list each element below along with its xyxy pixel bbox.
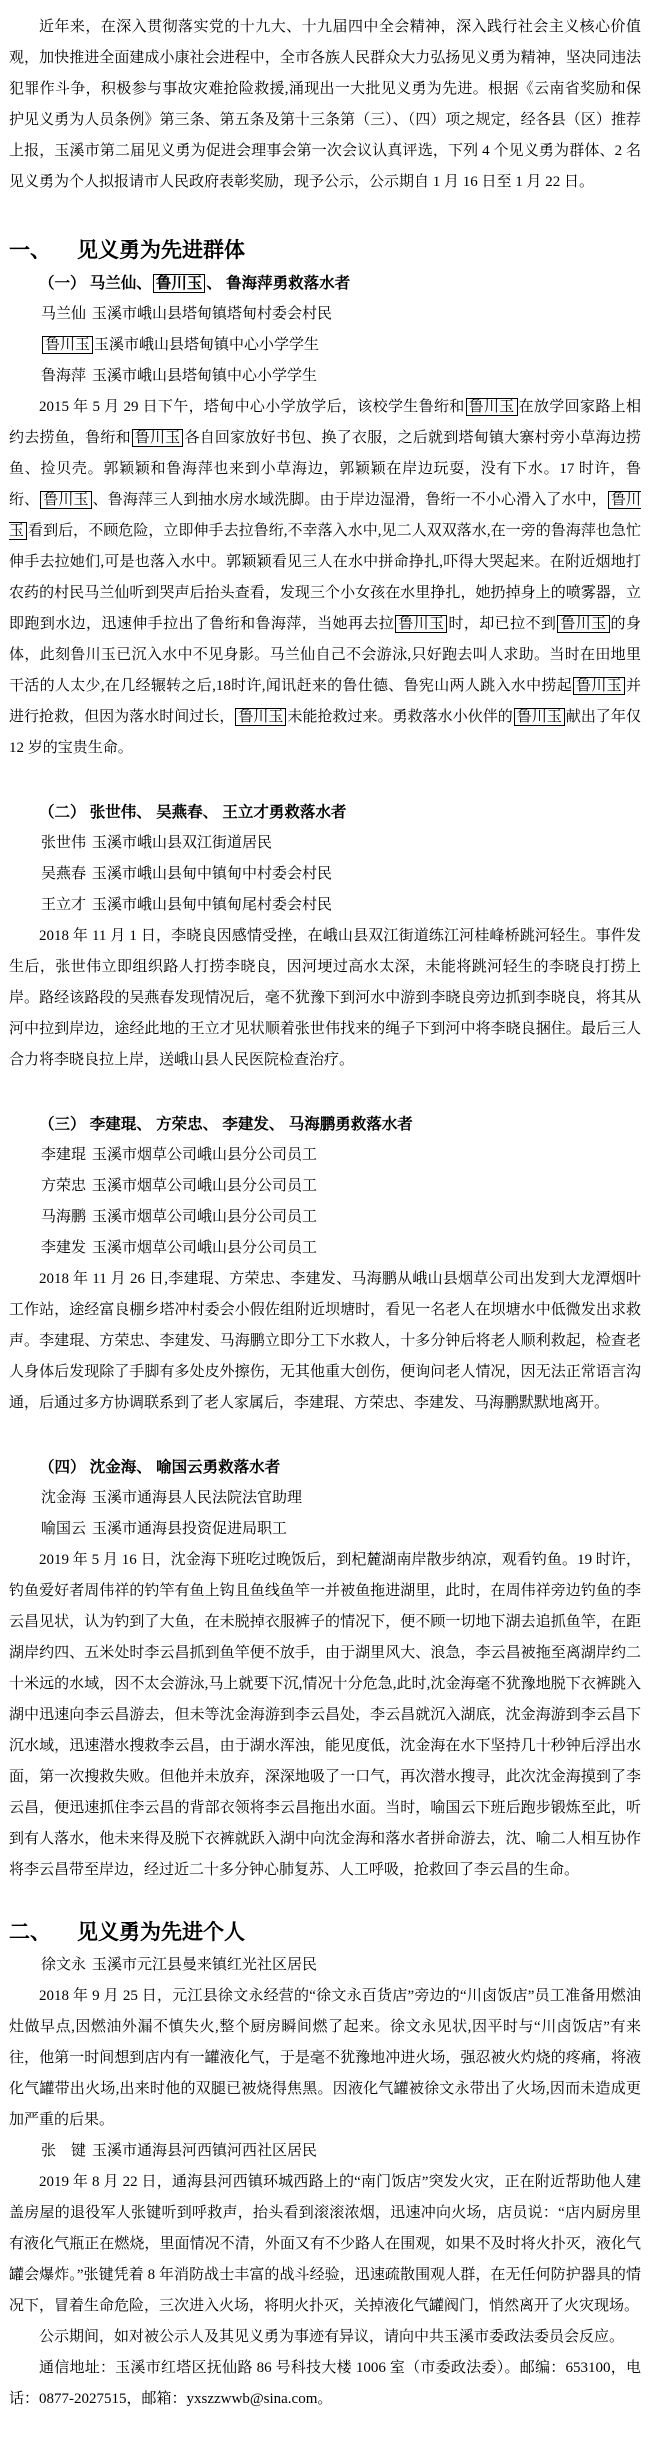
member-affiliation: 玉溪市峨山县甸中镇甸中村委会村民 <box>92 866 332 882</box>
text-segment: 徐文永 <box>41 1957 86 1973</box>
member-name: 徐文永 <box>41 1950 92 1981</box>
text-segment: 鲁海萍 <box>41 368 86 384</box>
member-row: 喻国云玉溪市通海县投资促进局职工 <box>9 1514 641 1545</box>
member-name: 鲁川玉 <box>41 330 94 361</box>
case-block-4: （四） 沈金海、 喻国云勇救落水者 沈金海玉溪市通海县人民法院法官助理 喻国云玉… <box>9 1452 641 1886</box>
member-row: 沈金海玉溪市通海县人民法院法官助理 <box>9 1483 641 1514</box>
text-segment: 2019 年 5 月 16 日，沈金海下班吃过晚饭后，到杞麓湖南岸散步纳凉，观看… <box>9 1552 641 1878</box>
text-segment: 马海鹏 <box>41 1209 86 1225</box>
section-number: 一、 <box>9 239 51 262</box>
boxed-name: 鲁川玉 <box>557 615 609 633</box>
member-name: 马兰仙 <box>41 299 92 330</box>
text-segment: 马兰仙 <box>41 306 86 322</box>
member-name: 鲁海萍 <box>41 361 92 392</box>
member-row: 方荣忠玉溪市烟草公司峨山县分公司员工 <box>9 1171 641 1202</box>
text-segment: （二） 张世伟、 吴燕春、 王立才勇救落水者 <box>39 804 346 821</box>
text-segment: （三） 李建琨、 方荣忠、 李建发、 马海鹏勇救落水者 <box>39 1116 413 1133</box>
case-title: （四） 沈金海、 喻国云勇救落水者 <box>9 1452 641 1483</box>
text-segment: 李建发 <box>41 1240 86 1256</box>
case-narrative: 2015 年 5 月 29 日下午，塔甸中心小学放学后，该校学生鲁绗和鲁川玉在放… <box>9 392 641 764</box>
case-narrative: 2019 年 5 月 16 日，沈金海下班吃过晚饭后，到杞麓湖南岸散步纳凉，观看… <box>9 1545 641 1886</box>
member-affiliation: 玉溪市峨山县塔甸镇塔甸村委会村民 <box>92 306 332 322</box>
boxed-name: 鲁川玉 <box>153 274 206 293</box>
case-title: （二） 张世伟、 吴燕春、 王立才勇救落水者 <box>9 797 641 828</box>
intro-paragraph: 近年来，在深入贯彻落实党的十九大、十九届四中全会精神，深入践行社会主义核心价值观… <box>9 12 641 198</box>
text-segment: 吴燕春 <box>41 866 86 882</box>
text-segment: 、 鲁海萍勇救落水者 <box>206 275 350 292</box>
text-segment: 2018 年 11 月 1 日，李晓良因感情受挫，在峨山县双江街道练江河桂峰桥跳… <box>9 928 641 1068</box>
text-segment: 张世伟 <box>41 835 86 851</box>
member-affiliation: 玉溪市元江县曼来镇红光社区居民 <box>92 1957 317 1973</box>
member-name: 马海鹏 <box>41 1202 92 1233</box>
member-affiliation: 玉溪市峨山县双江街道居民 <box>92 835 272 851</box>
member-affiliation: 玉溪市烟草公司峨山县分公司员工 <box>92 1209 317 1225</box>
text-segment: 李建琨 <box>41 1147 86 1163</box>
boxed-name: 鲁川玉 <box>395 615 447 633</box>
case-title: （一） 马兰仙、鲁川玉、 鲁海萍勇救落水者 <box>9 268 641 299</box>
notice-paragraph: 公示期间，如对被公示人及其见义勇为事迹有异议，请向中共玉溪市委政法委员会反应。 <box>9 2322 641 2353</box>
member-affiliation: 玉溪市烟草公司峨山县分公司员工 <box>92 1147 317 1163</box>
member-affiliation: 玉溪市通海县人民法院法官助理 <box>92 1490 302 1506</box>
section-title: 见义勇为先进个人 <box>77 1921 245 1944</box>
section-heading-groups: 一、见义勇为先进群体 <box>9 234 641 268</box>
text-segment: 2018 年 9 月 25 日，元江县徐文永经营的“徐文永百货店”旁边的“川卤饭… <box>9 1988 641 2128</box>
member-row: 李建发玉溪市烟草公司峨山县分公司员工 <box>9 1233 641 1264</box>
member-row: 王立才玉溪市峨山县甸中镇甸尾村委会村民 <box>9 890 641 921</box>
boxed-name: 鲁川玉 <box>573 677 625 695</box>
member-name: 沈金海 <box>41 1483 92 1514</box>
member-row: 吴燕春玉溪市峨山县甸中镇甸中村委会村民 <box>9 859 641 890</box>
text-segment: 张 键 <box>41 2143 86 2159</box>
member-name: 张 键 <box>41 2136 92 2167</box>
text-segment: 方荣忠 <box>41 1178 86 1194</box>
case-block-2: （二） 张世伟、 吴燕春、 王立才勇救落水者 张世伟玉溪市峨山县双江街道居民 吴… <box>9 797 641 1076</box>
case-narrative: 2018 年 11 月 26 日,李建琨、方荣忠、李建发、马海鹏从峨山县烟草公司… <box>9 1264 641 1419</box>
member-affiliation: 玉溪市峨山县塔甸镇中心小学学生 <box>92 368 317 384</box>
member-row: 李建琨玉溪市烟草公司峨山县分公司员工 <box>9 1140 641 1171</box>
section-title: 见义勇为先进群体 <box>77 239 245 262</box>
case-narrative: 2018 年 11 月 1 日，李晓良因感情受挫，在峨山县双江街道练江河桂峰桥跳… <box>9 921 641 1076</box>
text-segment: 王立才 <box>41 897 86 913</box>
member-row: 马兰仙玉溪市峨山县塔甸镇塔甸村委会村民 <box>9 299 641 330</box>
boxed-name: 鲁川玉 <box>514 708 565 726</box>
text-segment: 2019 年 8 月 22 日，通海县河西镇环城西路上的“南门饭店”突发火灾，正… <box>9 2174 641 2314</box>
member-row: 马海鹏玉溪市烟草公司峨山县分公司员工 <box>9 1202 641 1233</box>
text-segment: 未能抢救过来。勇救落水小伙伴的 <box>287 709 512 725</box>
boxed-name: 鲁川玉 <box>42 336 93 354</box>
case-block-1: （一） 马兰仙、鲁川玉、 鲁海萍勇救落水者 马兰仙玉溪市峨山县塔甸镇塔甸村委会村… <box>9 268 641 764</box>
member-row: 鲁川玉玉溪市峨山县塔甸镇中心小学学生 <box>9 330 641 361</box>
text-segment: （一） 马兰仙、 <box>39 275 152 292</box>
text-segment: 沈金海 <box>41 1490 86 1506</box>
member-affiliation: 玉溪市烟草公司峨山县分公司员工 <box>92 1178 317 1194</box>
boxed-name: 鲁川玉 <box>132 429 184 447</box>
section-heading-individuals: 二、见义勇为先进个人 <box>9 1916 641 1950</box>
individual-narrative: 2019 年 8 月 22 日，通海县河西镇环城西路上的“南门饭店”突发火灾，正… <box>9 2167 641 2322</box>
text-segment: 2015 年 5 月 29 日下午，塔甸中心小学放学后，该校学生鲁绗和 <box>39 399 465 415</box>
member-affiliation: 玉溪市峨山县甸中镇甸尾村委会村民 <box>92 897 332 913</box>
text-segment: 时，却已拉不到 <box>448 616 556 632</box>
member-row: 鲁海萍玉溪市峨山县塔甸镇中心小学学生 <box>9 361 641 392</box>
individual-narrative: 2018 年 9 月 25 日，元江县徐文永经营的“徐文永百货店”旁边的“川卤饭… <box>9 1981 641 2136</box>
member-name: 王立才 <box>41 890 92 921</box>
section-number: 二、 <box>9 1921 51 1944</box>
boxed-name: 鲁川玉 <box>466 398 518 416</box>
member-affiliation: 玉溪市通海县投资促进局职工 <box>92 1521 287 1537</box>
member-row: 张 键玉溪市通海县河西镇河西社区居民 <box>9 2136 641 2167</box>
member-name: 李建发 <box>41 1233 92 1264</box>
text-segment: 、鲁海萍三人到抽水房水域洗脚。由于岸边湿滑，鲁绗一不小心滑入了水中， <box>93 492 607 508</box>
member-name: 吴燕春 <box>41 859 92 890</box>
member-affiliation: 玉溪市通海县河西镇河西社区居民 <box>92 2143 317 2159</box>
individual-block-1: 徐文永玉溪市元江县曼来镇红光社区居民 2018 年 9 月 25 日，元江县徐文… <box>9 1950 641 2136</box>
contact-paragraph: 通信地址：玉溪市红塔区抚仙路 86 号科技大楼 1006 室（市委政法委）。邮编… <box>9 2353 641 2415</box>
announcement-document: 近年来，在深入贯彻落实党的十九大、十九届四中全会精神，深入践行社会主义核心价值观… <box>0 0 650 2445</box>
member-row: 张世伟玉溪市峨山县双江街道居民 <box>9 828 641 859</box>
member-name: 李建琨 <box>41 1140 92 1171</box>
case-block-3: （三） 李建琨、 方荣忠、 李建发、 马海鹏勇救落水者 李建琨玉溪市烟草公司峨山… <box>9 1109 641 1419</box>
boxed-name: 鲁川玉 <box>40 491 91 509</box>
text-segment: 喻国云 <box>41 1521 86 1537</box>
individual-block-2: 张 键玉溪市通海县河西镇河西社区居民 2019 年 8 月 22 日，通海县河西… <box>9 2136 641 2322</box>
member-row: 徐文永玉溪市元江县曼来镇红光社区居民 <box>9 1950 641 1981</box>
member-affiliation: 玉溪市烟草公司峨山县分公司员工 <box>92 1240 317 1256</box>
case-title: （三） 李建琨、 方荣忠、 李建发、 马海鹏勇救落水者 <box>9 1109 641 1140</box>
member-name: 方荣忠 <box>41 1171 92 1202</box>
member-name: 张世伟 <box>41 828 92 859</box>
text-segment: （四） 沈金海、 喻国云勇救落水者 <box>39 1459 280 1476</box>
member-name: 喻国云 <box>41 1514 92 1545</box>
member-affiliation: 玉溪市峨山县塔甸镇中心小学学生 <box>94 337 319 353</box>
text-segment: 2018 年 11 月 26 日,李建琨、方荣忠、李建发、马海鹏从峨山县烟草公司… <box>9 1271 641 1411</box>
boxed-name: 鲁川玉 <box>235 708 286 726</box>
